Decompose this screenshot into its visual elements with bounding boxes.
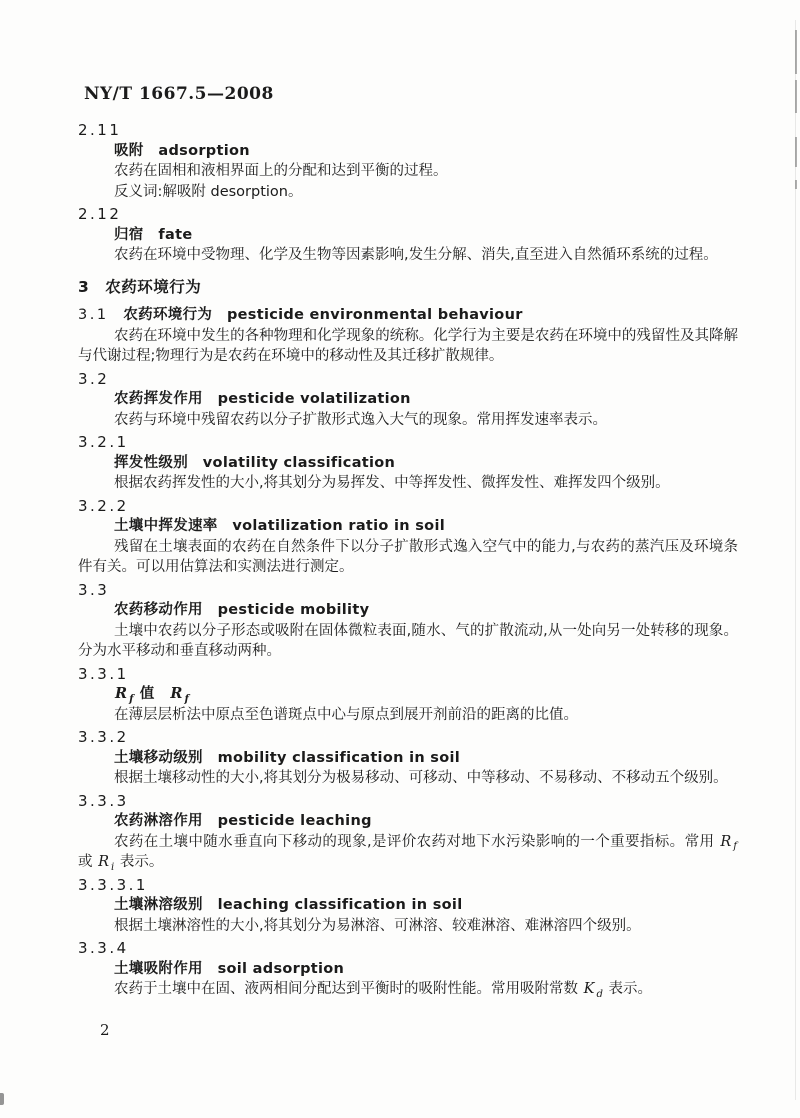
text-run: 农药在环境中受物理、化学及生物等因素影响,发生分解、消失,直至进入自然循环系统的… bbox=[114, 247, 718, 263]
text-run: 挥发性级别 volatility classification bbox=[114, 455, 395, 471]
clause-term-line: 3.1 农药环境行为 pesticide environmental behav… bbox=[78, 305, 738, 326]
text-run: 农药在土壤中随水垂直向下移动的现象,是评价农药对地下水污染影响的一个重要指标。常… bbox=[114, 834, 719, 850]
clause-number: 3.2.2 bbox=[78, 496, 738, 517]
term-line: 农药移动作用 pesticide mobility bbox=[78, 600, 738, 621]
term-line: 土壤移动级别 mobility classification in soil bbox=[78, 748, 738, 769]
text-run: 农药移动作用 pesticide mobility bbox=[114, 602, 369, 618]
paragraph: 在薄层层析法中原点至色谱斑点中心与原点到展开剂前沿的距离的比值。 bbox=[78, 705, 738, 726]
paragraph: 残留在土壤表面的农药在自然条件下以分子扩散形式逸入空气中的能力,与农药的蒸汽压及… bbox=[78, 537, 738, 578]
paragraph: 农药于土壤中在固、液两相间分配达到平衡时的吸附性能。常用吸附常数 Kd 表示。 bbox=[78, 979, 738, 1000]
math-symbol: R bbox=[169, 685, 183, 702]
text-run: 土壤中挥发速率 volatilization ratio in soil bbox=[114, 518, 445, 534]
text-run: 根据土壤淋溶性的大小,将其划分为易淋溶、可淋溶、较难淋溶、难淋溶四个级别。 bbox=[114, 918, 641, 934]
paragraph: 土壤中农药以分子形态或吸附在固体微粒表面,随水、气的扩散流动,从一处向另一处转移… bbox=[78, 621, 738, 662]
term-line: 农药淋溶作用 pesticide leaching bbox=[78, 811, 738, 832]
text-run: 3.3 bbox=[78, 581, 109, 599]
paragraph: 根据土壤移动性的大小,将其划分为极易移动、可移动、中等移动、不易移动、不移动五个… bbox=[78, 768, 738, 789]
paragraph: 农药与环境中残留农药以分子扩散形式逸入大气的现象。常用挥发速率表示。 bbox=[78, 410, 738, 431]
term-line: 挥发性级别 volatility classification bbox=[78, 453, 738, 474]
scan-edge-artifact bbox=[795, 80, 797, 113]
text-run: 土壤中农药以分子形态或吸附在固体微粒表面,随水、气的扩散流动,从一处向另一处转移… bbox=[78, 623, 738, 660]
text-run: 3.3.1 bbox=[78, 665, 129, 683]
scan-corner-artifact bbox=[0, 1093, 4, 1105]
paragraph: 根据农药挥发性的大小,将其划分为易挥发、中等挥发性、微挥发性、难挥发四个级别。 bbox=[78, 473, 738, 494]
page-number: 2 bbox=[100, 1021, 110, 1039]
text-run: 归宿 fate bbox=[114, 227, 192, 243]
clause-number: 3.3.2 bbox=[78, 727, 738, 748]
clause-number: 3.3.3.1 bbox=[78, 875, 738, 896]
text-run: 在薄层层析法中原点至色谱斑点中心与原点到展开剂前沿的距离的比值。 bbox=[114, 707, 578, 723]
text-run: 3.3.3 bbox=[78, 792, 129, 810]
text-run: 农药在固相和液相界面上的分配和达到平衡的过程。 bbox=[114, 163, 448, 179]
math-symbol: K bbox=[583, 981, 596, 997]
math-symbol: R bbox=[114, 685, 128, 702]
text-run: 3 农药环境行为 bbox=[78, 278, 201, 296]
paragraph: 根据土壤淋溶性的大小,将其划分为易淋溶、可淋溶、较难淋溶、难淋溶四个级别。 bbox=[78, 916, 738, 937]
scan-edge-artifact bbox=[795, 137, 797, 167]
text-run: 残留在土壤表面的农药在自然条件下以分子扩散形式逸入空气中的能力,与农药的蒸汽压及… bbox=[78, 539, 738, 576]
text-run: 农药淋溶作用 pesticide leaching bbox=[114, 813, 372, 829]
paragraph: 反义词:解吸附 desorption。 bbox=[78, 182, 738, 203]
text-run: 3.1 bbox=[78, 307, 109, 323]
text-run: 农药环境行为 pesticide environmental behaviour bbox=[123, 307, 522, 323]
text-run: 3.2 bbox=[78, 370, 109, 388]
paragraph: 农药在环境中受物理、化学及生物等因素影响,发生分解、消失,直至进入自然循环系统的… bbox=[78, 245, 738, 266]
clause-number: 3.2.1 bbox=[78, 432, 738, 453]
scanned-document-page: NY/T 1667.5—2008 2.11吸附 adsorption农药在固相和… bbox=[0, 0, 800, 1118]
math-symbol: f bbox=[732, 841, 738, 852]
clause-number: 3.3.4 bbox=[78, 938, 738, 959]
text-run: 根据农药挥发性的大小,将其划分为易挥发、中等挥发性、微挥发性、难挥发四个级别。 bbox=[114, 475, 670, 491]
clause-number: 2.12 bbox=[78, 204, 738, 225]
text-run: 2.12 bbox=[78, 205, 121, 223]
text-run: 农药挥发作用 pesticide volatilization bbox=[114, 391, 411, 407]
scan-edge-artifact bbox=[795, 180, 797, 189]
text-run: 3.3.4 bbox=[78, 939, 129, 957]
term-line: Rf 值 Rf bbox=[78, 684, 738, 705]
term-line: 归宿 fate bbox=[78, 225, 738, 246]
math-symbol: R bbox=[97, 854, 110, 870]
paragraph: 农药在土壤中随水垂直向下移动的现象,是评价农药对地下水污染影响的一个重要指标。常… bbox=[78, 832, 738, 873]
text-run: 3.3.2 bbox=[78, 728, 129, 746]
text-run bbox=[109, 307, 124, 323]
clause-number: 2.11 bbox=[78, 120, 738, 141]
text-run bbox=[155, 686, 170, 702]
text-run: 农药在环境中发生的各种物理和化学现象的统称。化学行为主要是农药在环境中的残留性及… bbox=[78, 328, 738, 365]
clause-number: 3.3.3 bbox=[78, 791, 738, 812]
text-run: 土壤淋溶级别 leaching classification in soil bbox=[114, 897, 462, 913]
paragraph: 农药在环境中发生的各种物理和化学现象的统称。化学行为主要是农药在环境中的残留性及… bbox=[78, 326, 738, 367]
term-line: 土壤中挥发速率 volatilization ratio in soil bbox=[78, 516, 738, 537]
text-run: 根据土壤移动性的大小,将其划分为极易移动、可移动、中等移动、不易移动、不移动五个… bbox=[114, 770, 728, 786]
clause-number: 3.3 bbox=[78, 580, 738, 601]
text-run: 农药与环境中残留农药以分子扩散形式逸入大气的现象。常用挥发速率表示。 bbox=[114, 412, 607, 428]
text-run: 表示。 bbox=[604, 981, 652, 997]
text-run: 反义词:解吸附 desorption。 bbox=[114, 184, 303, 200]
term-line: 农药挥发作用 pesticide volatilization bbox=[78, 389, 738, 410]
term-line: 土壤淋溶级别 leaching classification in soil bbox=[78, 895, 738, 916]
text-run: 吸附 adsorption bbox=[114, 143, 250, 159]
text-run: 2.11 bbox=[78, 121, 121, 139]
term-line: 土壤吸附作用 soil adsorption bbox=[78, 959, 738, 980]
text-run: 表示。 bbox=[115, 854, 163, 870]
text-run: 3.3.3.1 bbox=[78, 876, 148, 894]
text-run: 土壤吸附作用 soil adsorption bbox=[114, 961, 344, 977]
math-symbol: R bbox=[719, 834, 732, 850]
document-content: 2.11吸附 adsorption农药在固相和液相界面上的分配和达到平衡的过程。… bbox=[78, 118, 738, 1000]
text-run: 值 bbox=[134, 686, 154, 702]
scan-edge-artifact bbox=[795, 30, 797, 74]
text-run: 3.2.1 bbox=[78, 433, 129, 451]
standard-number-header: NY/T 1667.5—2008 bbox=[84, 84, 274, 104]
clause-number: 3.2 bbox=[78, 369, 738, 390]
text-run: 土壤移动级别 mobility classification in soil bbox=[114, 750, 460, 766]
math-symbol: f bbox=[183, 693, 189, 705]
math-symbol: d bbox=[595, 989, 603, 1000]
term-line: 吸附 adsorption bbox=[78, 141, 738, 162]
text-run: 3.2.2 bbox=[78, 497, 129, 515]
text-run: 或 bbox=[78, 854, 97, 870]
text-run: 农药于土壤中在固、液两相间分配达到平衡时的吸附性能。常用吸附常数 bbox=[114, 981, 583, 997]
chapter-heading: 3 农药环境行为 bbox=[78, 277, 738, 298]
clause-number: 3.3.1 bbox=[78, 664, 738, 685]
paragraph: 农药在固相和液相界面上的分配和达到平衡的过程。 bbox=[78, 161, 738, 182]
